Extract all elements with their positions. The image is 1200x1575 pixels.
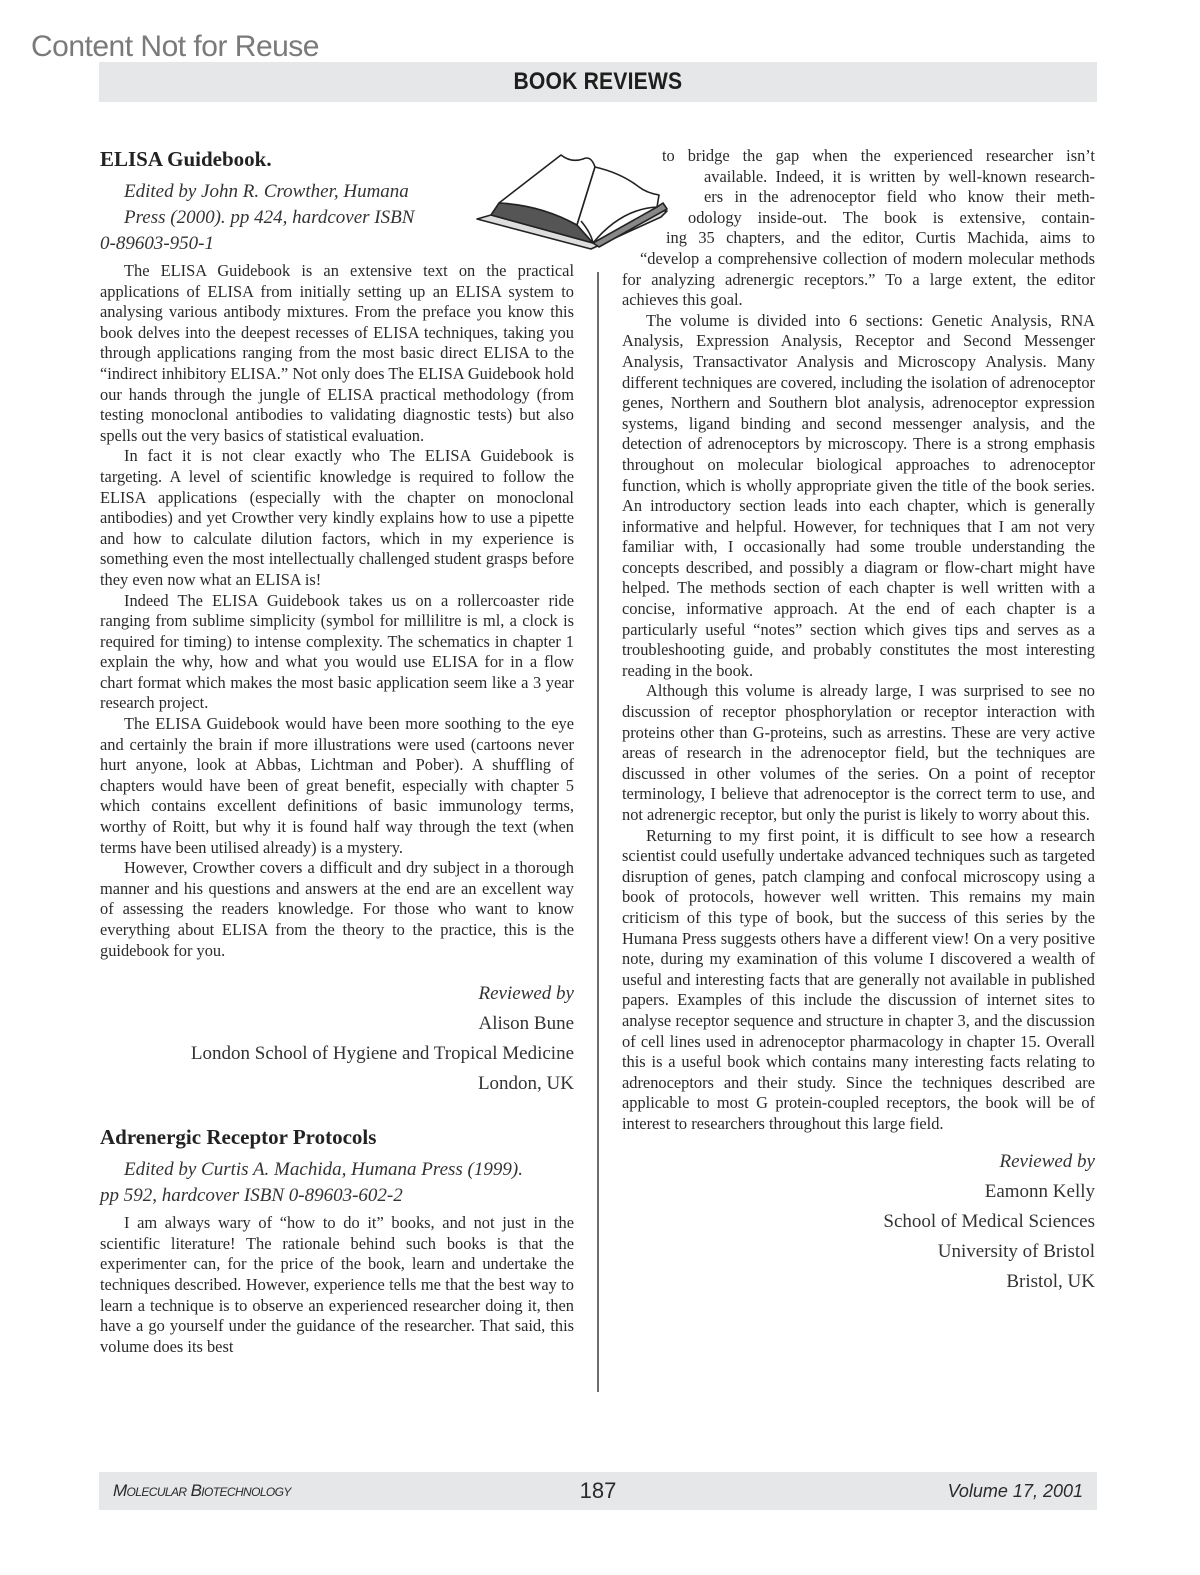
review1-meta-line1: Edited by John R. Crowther, Humana xyxy=(100,179,460,205)
reviewed-by-label: Reviewed by xyxy=(100,979,574,1009)
review1-paragraph: In fact it is not clear exactly who The … xyxy=(100,446,574,590)
right-column: to bridge the gap when the experienced r… xyxy=(622,146,1095,1297)
wrapped-line: ing 35 chapters, and the editor, Curtis … xyxy=(622,228,1095,249)
review1-paragraph: The ELISA Guidebook is an extensive text… xyxy=(100,261,574,446)
section-header: BOOK REVIEWS xyxy=(99,62,1097,102)
review1-paragraph: Indeed The ELISA Guidebook takes us on a… xyxy=(100,591,574,715)
wrapped-line: to bridge the gap when the experienced r… xyxy=(622,146,1095,167)
reviewer-location: London, UK xyxy=(100,1069,574,1099)
review1-meta-line3: 0-89603-950-1 xyxy=(100,231,460,257)
review2-title: Adrenergic Receptor Protocols xyxy=(100,1123,574,1151)
review2-meta-line1: Edited by Curtis A. Machida, Humana Pres… xyxy=(100,1157,574,1183)
reviewer-affiliation: School of Medical Sciences xyxy=(622,1207,1095,1237)
review2-paragraph: Although this volume is already large, I… xyxy=(622,681,1095,825)
review1-signoff: Reviewed by Alison Bune London School of… xyxy=(100,979,574,1099)
wrapped-line: ers in the adrenoceptor field who know t… xyxy=(622,187,1095,208)
reviewed-by-label: Reviewed by xyxy=(622,1147,1095,1177)
reviewer-affiliation: London School of Hygiene and Tropical Me… xyxy=(100,1039,574,1069)
section-title: BOOK REVIEWS xyxy=(514,68,683,96)
column-divider xyxy=(597,272,599,1392)
review1-meta: Edited by John R. Crowther, Humana Press… xyxy=(100,179,460,257)
review2-paragraph: The volume is divided into 6 sections: G… xyxy=(622,311,1095,682)
page-footer: Molecular Biotechnology 187 Volume 17, 2… xyxy=(99,1472,1097,1510)
review2-meta: Edited by Curtis A. Machida, Humana Pres… xyxy=(100,1157,574,1209)
review1-title: ELISA Guidebook. xyxy=(100,145,574,173)
review1-paragraph: However, Crowther covers a difficult and… xyxy=(100,858,574,961)
review2-signoff: Reviewed by Eamonn Kelly School of Medic… xyxy=(622,1147,1095,1297)
reviewer-name: Alison Bune xyxy=(100,1009,574,1039)
left-column: ELISA Guidebook. Edited by John R. Crowt… xyxy=(100,145,574,1357)
watermark: Content Not for Reuse xyxy=(31,30,319,64)
review2-paragraph: “develop a comprehensive collection of m… xyxy=(622,249,1095,311)
wrapped-line: odology inside-out. The book is extensiv… xyxy=(622,208,1095,229)
review1-meta-line2: Press (2000). pp 424, hardcover ISBN xyxy=(100,205,460,231)
reviewer-name: Eamonn Kelly xyxy=(622,1177,1095,1207)
review1-paragraph: The ELISA Guidebook would have been more… xyxy=(100,714,574,858)
wrapped-line: available. Indeed, it is written by well… xyxy=(622,167,1095,188)
review2-paragraph: Returning to my first point, it is diffi… xyxy=(622,826,1095,1135)
review2-meta-line2: pp 592, hardcover ISBN 0-89603-602-2 xyxy=(100,1183,574,1209)
reviewer-location: Bristol, UK xyxy=(622,1267,1095,1297)
reviewer-institution: University of Bristol xyxy=(622,1237,1095,1267)
review2-intro-paragraph: I am always wary of “how to do it” books… xyxy=(100,1213,574,1357)
volume-info: Volume 17, 2001 xyxy=(948,1481,1083,1502)
